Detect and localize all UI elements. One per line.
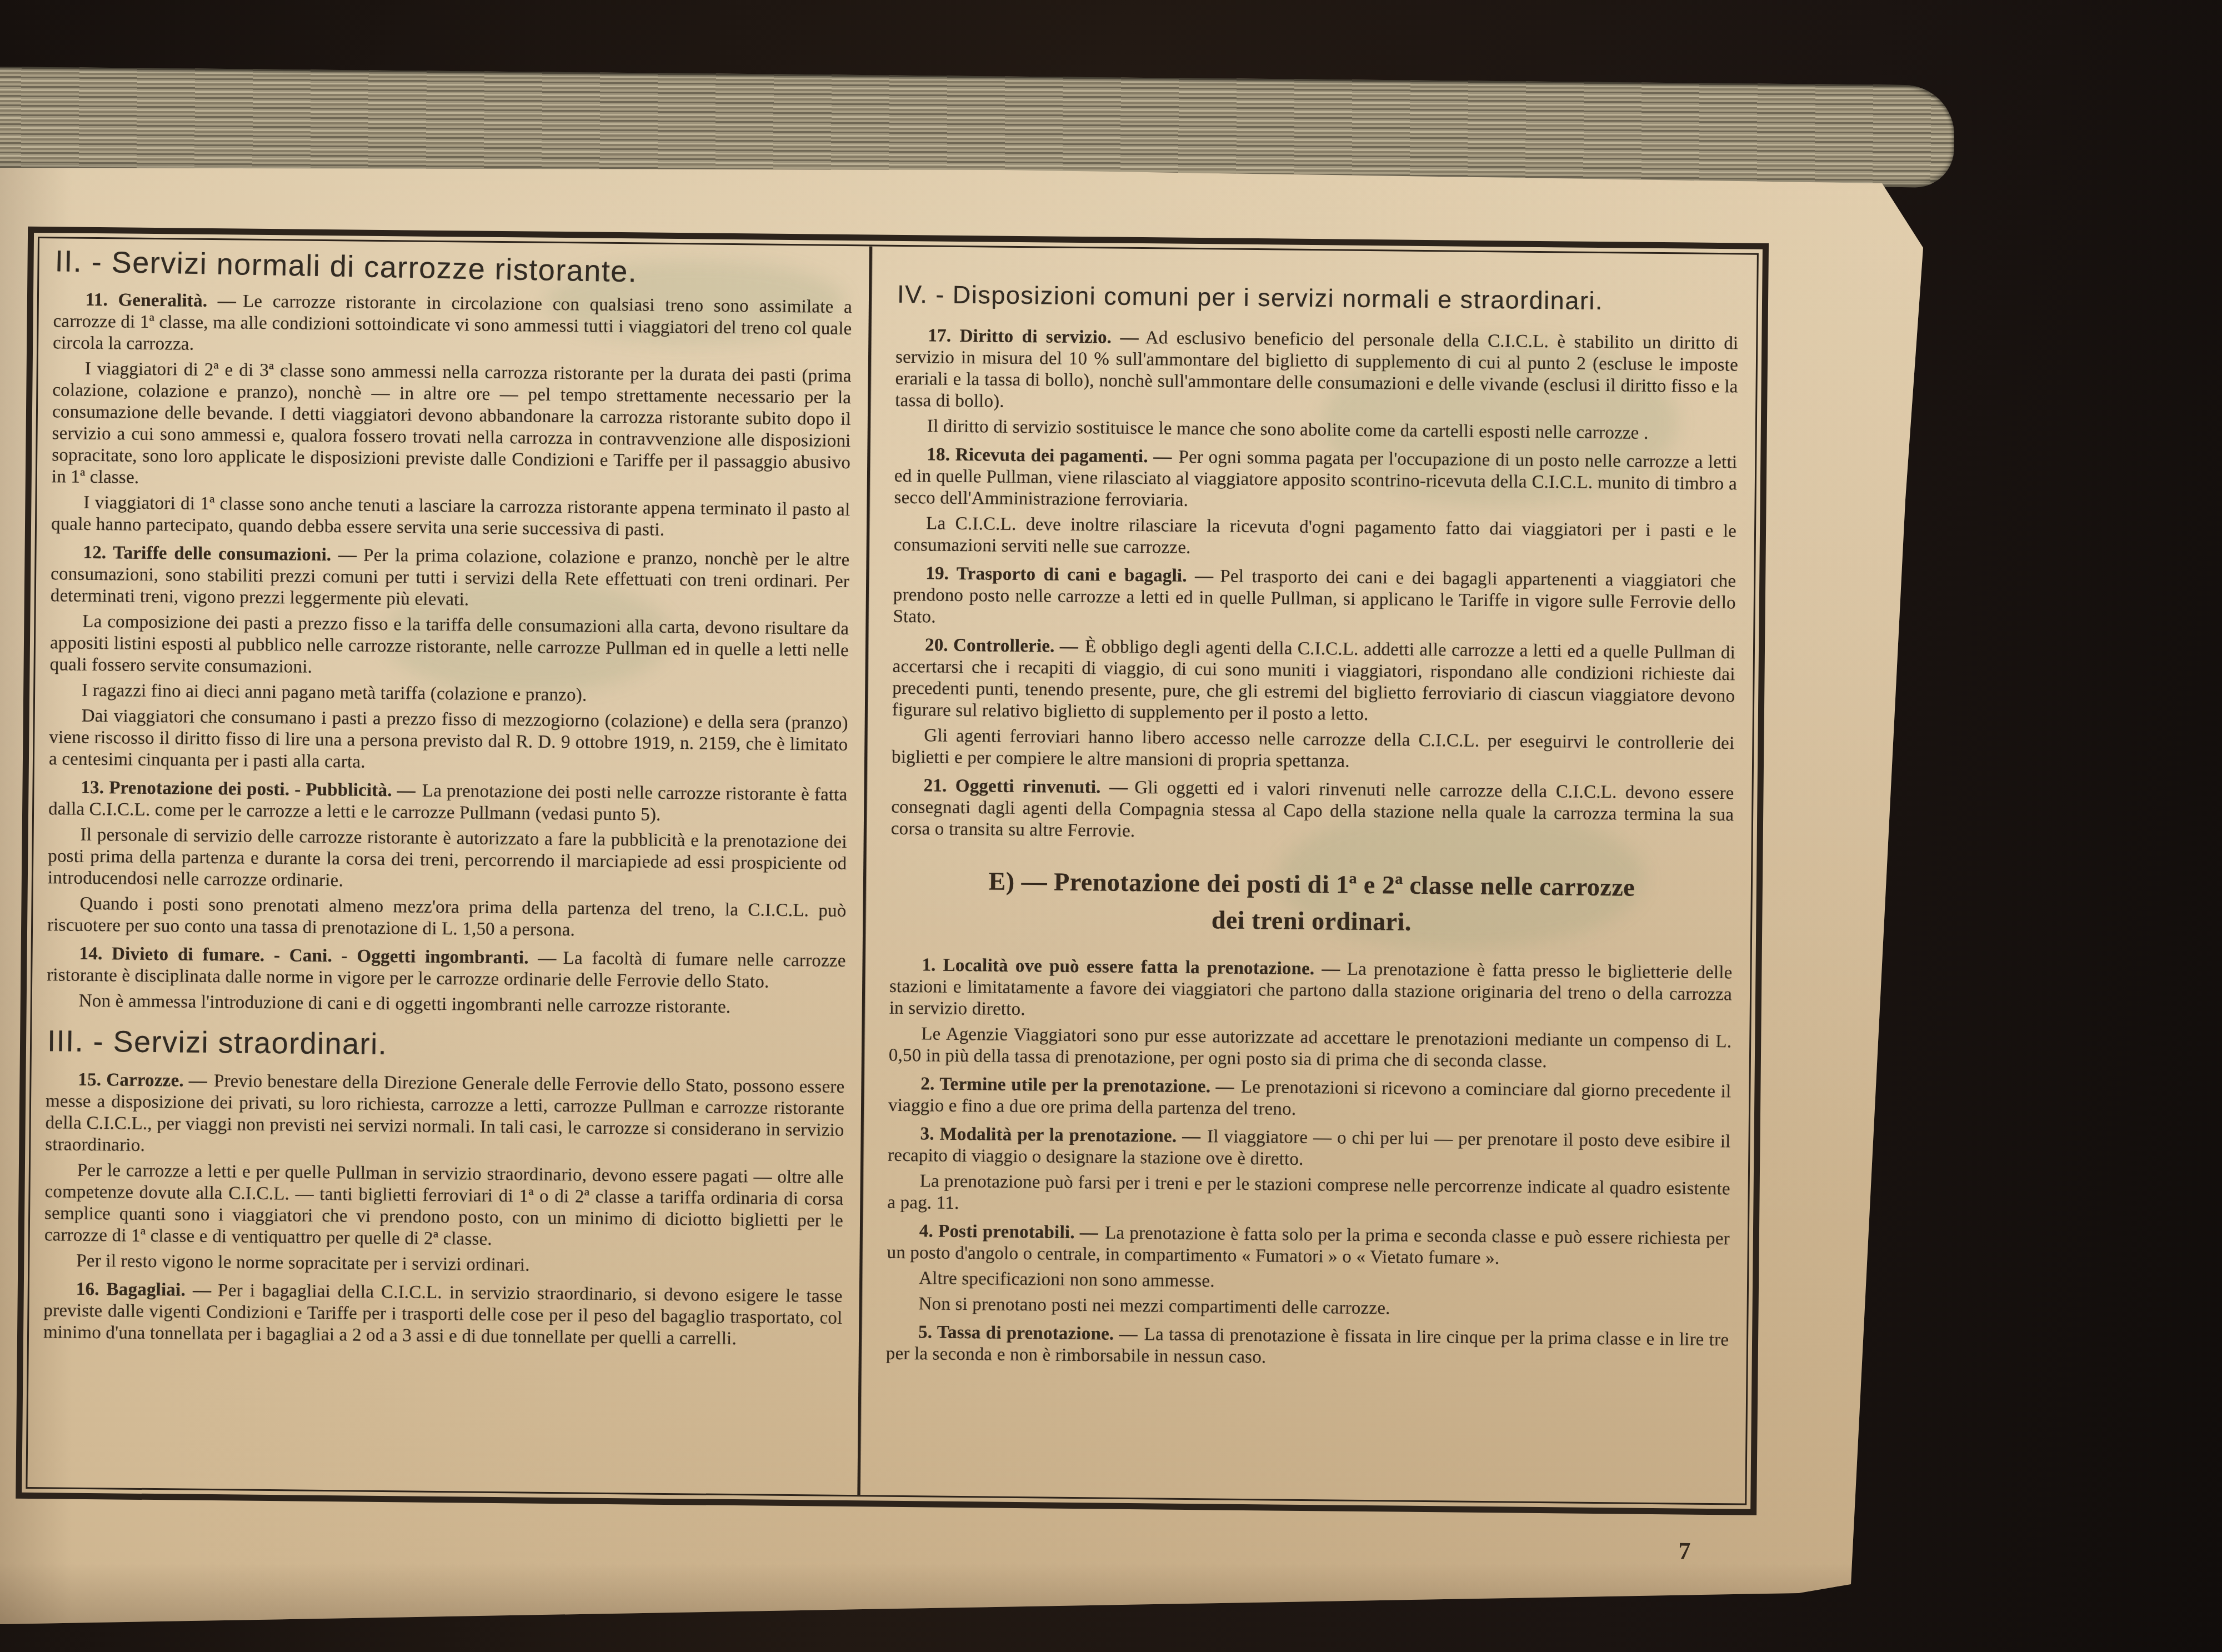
- section-e4: 4. Posti prenotabili. —La prenotazione è…: [886, 1220, 1730, 1323]
- section-12: 12. Tariffe delle consumazioni. —Per la …: [49, 542, 850, 778]
- section-heading-iv: IV. - Disposizioni comuni per i servizi …: [897, 283, 1739, 313]
- paragraph: Le Agenzie Viaggiatori sono pur esse aut…: [889, 1023, 1732, 1075]
- paragraph: La composizione dei pasti a prezzo fisso…: [49, 610, 849, 683]
- paragraph: I viaggiatori di 2ª e di 3ª classe sono …: [52, 358, 852, 495]
- section-e3: 3. Modalità per la prenotazione. —Il via…: [887, 1123, 1730, 1222]
- section-number-label: 14. Divieto di fumare. - Cani. - Oggetti…: [79, 944, 563, 968]
- section-number-label: 2. Termine utile per la prenotazione. —: [920, 1074, 1241, 1097]
- paragraph: Non si prenotano posti nei mezzi compart…: [886, 1293, 1729, 1323]
- paragraph: 2. Termine utile per la prenotazione. —L…: [888, 1073, 1731, 1125]
- paragraph: 15. Carrozze. —Previo benestare della Di…: [45, 1069, 844, 1163]
- paragraph: 5. Tassa di prenotazione. —La tassa di p…: [886, 1321, 1729, 1373]
- section-number-label: 12. Tariffe delle consumazioni. —: [83, 543, 363, 565]
- paragraph: Gli agenti ferroviari hanno libero acces…: [892, 725, 1735, 777]
- section-heading-e: E) — Prenotazione dei posti di 1ª e 2ª c…: [890, 862, 1733, 944]
- section-e1: 1. Località ove può essere fatta la pren…: [889, 954, 1733, 1075]
- paragraph: 12. Tariffe delle consumazioni. —Per la …: [51, 542, 850, 614]
- paragraph: 11. Generalità. —Le carrozze ristorante …: [53, 289, 852, 362]
- section-number-label: 5. Tassa di prenotazione. —: [918, 1322, 1144, 1344]
- paragraph: La C.I.C.L. deve inoltre rilasciare la r…: [894, 513, 1737, 564]
- section-17: 17. Diritto di servizio. —Ad esclusivo b…: [895, 325, 1739, 445]
- photographed-book-page: II. - Servizi normali di carrozze ristor…: [0, 0, 2222, 1652]
- section-number-label: 1. Località ove può essere fatta la pren…: [922, 955, 1347, 979]
- section-19: 19. Trasporto di cani e bagagli. —Pel tr…: [893, 563, 1736, 636]
- paragraph: Il diritto di servizio sostituisce le ma…: [895, 415, 1738, 445]
- section-e5: 5. Tassa di prenotazione. —La tassa di p…: [886, 1321, 1729, 1373]
- section-18: 18. Ricevuta dei pagamenti. —Per ogni so…: [894, 444, 1738, 564]
- column-right: IV. - Disposizioni comuni per i servizi …: [860, 246, 1756, 1503]
- section-13: 13. Prenotazione dei posti. - Pubblicità…: [47, 777, 848, 944]
- section-number-label: 21. Oggetti rinvenuti. —: [923, 775, 1134, 798]
- section-number-label: 16. Bagagliai. —: [76, 1279, 218, 1300]
- content-frame-outer-rule: II. - Servizi normali di carrozze ristor…: [16, 227, 1769, 1515]
- section-number-label: 17. Diritto di servizio. —: [928, 326, 1145, 348]
- section-number-label: 18. Ricevuta dei pagamenti. —: [927, 444, 1179, 467]
- section-20: 20. Controllerie. —È obbligo degli agent…: [892, 634, 1735, 777]
- paragraph: Dai viaggiatori che consumano i pasti a …: [49, 705, 848, 778]
- paragraph: 14. Divieto di fumare. - Cani. - Oggetti…: [47, 943, 846, 994]
- page-number: 7: [1678, 1536, 1690, 1565]
- paragraph: Per il resto vigono le norme sopracitate…: [44, 1250, 843, 1279]
- paragraph: 18. Ricevuta dei pagamenti. —Per ogni so…: [894, 444, 1737, 517]
- section-number-label: 20. Controllerie. —: [925, 635, 1085, 657]
- paragraph: Quando i posti sono prenotati almeno mez…: [47, 893, 847, 944]
- section-21: 21. Oggetti rinvenuti. —Gli oggetti ed i…: [891, 775, 1734, 848]
- paragraph: La prenotazione può farsi per i treni e …: [887, 1170, 1730, 1222]
- section-number-label: 19. Trasporto di cani e bagagli. —: [925, 563, 1220, 586]
- paragraph: Altre specificazioni non sono ammesse.: [887, 1268, 1729, 1298]
- paragraph: 4. Posti prenotabili. —La prenotazione è…: [887, 1220, 1730, 1272]
- paragraph: 16. Bagagliai. —Per i bagagliai della C.…: [43, 1278, 843, 1351]
- paragraph: I ragazzi fino ai dieci anni pagano metà…: [49, 679, 848, 709]
- section-number-label: 4. Posti prenotabili. —: [919, 1221, 1105, 1243]
- paragraph: 1. Località ove può essere fatta la pren…: [889, 954, 1733, 1028]
- section-15: 15. Carrozze. —Previo benestare della Di…: [44, 1069, 844, 1279]
- paragraph: 13. Prenotazione dei posti. - Pubblicità…: [48, 777, 848, 828]
- section-number-label: 11. Generalità. —: [86, 290, 243, 312]
- section-16: 16. Bagagliai. —Per i bagagliai della C.…: [43, 1278, 843, 1351]
- section-e2: 2. Termine utile per la prenotazione. —L…: [888, 1073, 1731, 1125]
- section-11: 11. Generalità. —Le carrozze ristorante …: [51, 289, 852, 543]
- section-number-label: 13. Prenotazione dei posti. - Pubblicità…: [81, 778, 422, 801]
- paragraph: Per le carrozze a letti e per quelle Pul…: [44, 1159, 844, 1254]
- paragraph: 17. Diritto di servizio. —Ad esclusivo b…: [895, 325, 1738, 420]
- two-column-layout: II. - Servizi normali di carrozze ristor…: [28, 238, 1755, 1504]
- paragraph: Non è ammessa l'introduzione di cani e d…: [47, 990, 845, 1019]
- paragraph: I viaggiatori di 1ª classe sono anche te…: [51, 492, 850, 543]
- section-number-label: 3. Modalità per la prenotazione. —: [920, 1124, 1207, 1147]
- paragraph: Il personale di servizio delle carrozze …: [48, 824, 847, 897]
- section-14: 14. Divieto di fumare. - Cani. - Oggetti…: [47, 943, 846, 1019]
- paragraph: 19. Trasporto di cani e bagagli. —Pel tr…: [893, 563, 1736, 636]
- paragraph: 20. Controllerie. —È obbligo degli agent…: [892, 634, 1735, 729]
- section-heading-iii: III. - Servizi straordinari.: [47, 1030, 845, 1060]
- paragraph: 21. Oggetti rinvenuti. —Gli oggetti ed i…: [891, 775, 1734, 848]
- paragraph: 3. Modalità per la prenotazione. —Il via…: [888, 1123, 1731, 1175]
- column-left: II. - Servizi normali di carrozze ristor…: [28, 238, 869, 1495]
- printed-area: II. - Servizi normali di carrozze ristor…: [14, 227, 1794, 1615]
- section-heading-ii: II. - Servizi normali di carrozze ristor…: [54, 251, 852, 287]
- section-number-label: 15. Carrozze. —: [78, 1070, 214, 1091]
